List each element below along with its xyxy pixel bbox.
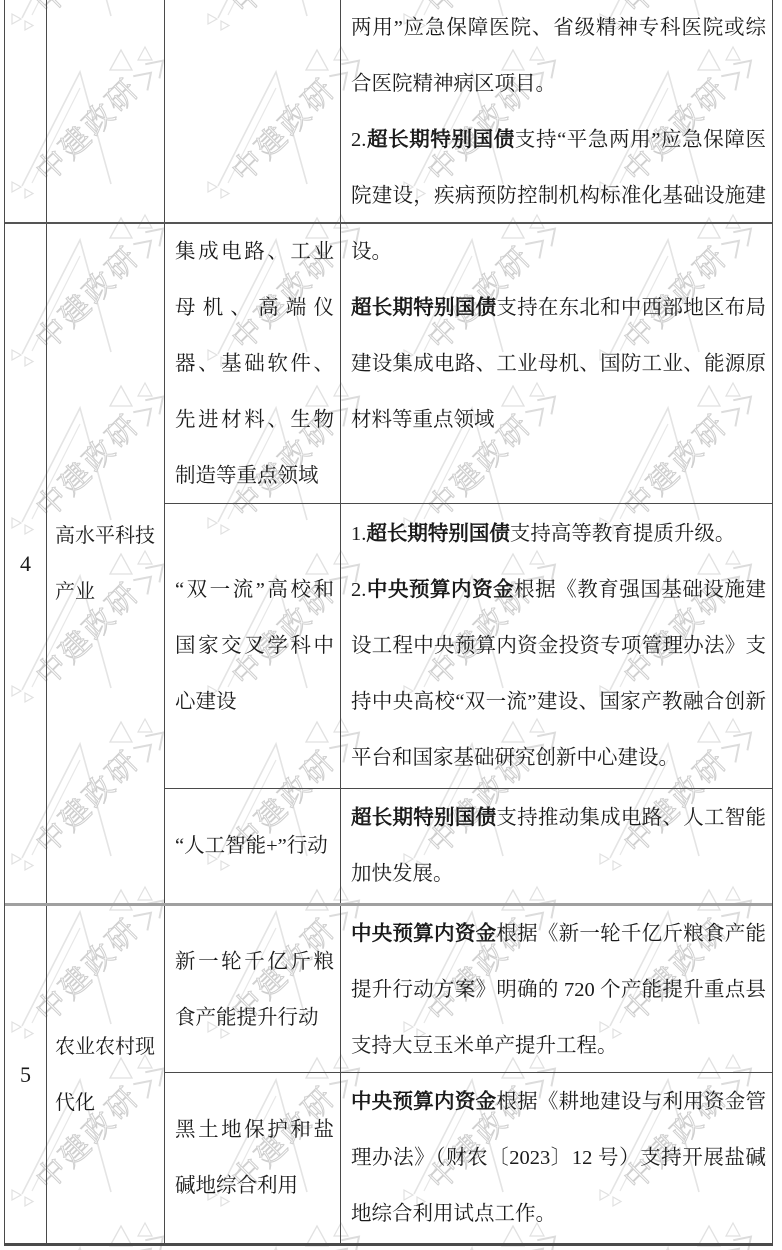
description-paragraph: 超长期特别国债支持在东北和中西部地区布局建设集成电路、工业母机、国防工业、能源原…	[351, 280, 766, 448]
category-cell: 农业农村现代化	[47, 906, 165, 1243]
subrow-group: 集成电路、工业母机、高端仪器、基础软件、先进材料、生物制造等重点领域 超长期特别…	[165, 224, 772, 903]
category-cell: 高水平科技产业	[47, 224, 165, 903]
description-paragraph: 1.超长期特别国债支持高等教育提质升级。	[351, 506, 766, 562]
table-subrow: 新一轮千亿斤粮食产能提升行动 中央预算内资金根据《新一轮千亿斤粮食产能提升行动方…	[165, 906, 772, 1072]
description-cell: 中央预算内资金根据《新一轮千亿斤粮食产能提升行动方案》明确的 720 个产能提升…	[341, 906, 772, 1074]
description-paragraph: 2.中央预算内资金根据《教育强国基础设施建设工程中央预算内资金投资专项管理办法》…	[351, 562, 766, 786]
category-cell	[47, 0, 165, 222]
description-paragraph: 两用”应急保障医院、省级精神专科医院或综合医院精神病区项目。	[351, 0, 766, 112]
table-subrow: 黑土地保护和盐碱地综合利用 中央预算内资金根据《耕地建设与利用资金管理办法》（财…	[165, 1072, 772, 1243]
item-cell: “双一流”高校和国家交叉学科中心建设	[165, 504, 341, 788]
table-subrow: 集成电路、工业母机、高端仪器、基础软件、先进材料、生物制造等重点领域 超长期特别…	[165, 224, 772, 503]
table-row: 4 高水平科技产业 集成电路、工业母机、高端仪器、基础软件、先进材料、生物制造等…	[5, 222, 772, 903]
table-row: 5 农业农村现代化 新一轮千亿斤粮食产能提升行动 中央预算内资金根据《新一轮千亿…	[5, 903, 772, 1243]
table-subrow: “双一流”高校和国家交叉学科中心建设 1.超长期特别国债支持高等教育提质升级。2…	[165, 503, 772, 788]
policy-table: 两用”应急保障医院、省级精神专科医院或综合医院精神病区项目。2.超长期特别国债支…	[4, 0, 773, 1246]
item-cell: 黑土地保护和盐碱地综合利用	[165, 1073, 341, 1243]
subrow-group: 新一轮千亿斤粮食产能提升行动 中央预算内资金根据《新一轮千亿斤粮食产能提升行动方…	[165, 906, 772, 1243]
subrow-group: 两用”应急保障医院、省级精神专科医院或综合医院精神病区项目。2.超长期特别国债支…	[165, 0, 772, 222]
description-paragraph: 中央预算内资金根据《新一轮千亿斤粮食产能提升行动方案》明确的 720 个产能提升…	[351, 906, 766, 1074]
description-cell: 1.超长期特别国债支持高等教育提质升级。2.中央预算内资金根据《教育强国基础设施…	[341, 504, 772, 788]
table-row: 两用”应急保障医院、省级精神专科医院或综合医院精神病区项目。2.超长期特别国债支…	[5, 0, 772, 222]
description-cell: 中央预算内资金根据《耕地建设与利用资金管理办法》（财农〔2023〕12 号）支持…	[341, 1073, 772, 1243]
description-cell: 超长期特别国债支持在东北和中西部地区布局建设集成电路、工业母机、国防工业、能源原…	[341, 224, 772, 504]
item-cell: 新一轮千亿斤粮食产能提升行动	[165, 906, 341, 1074]
description-cell: 超长期特别国债支持推动集成电路、人工智能加快发展。	[341, 789, 772, 903]
description-paragraph: 中央预算内资金根据《耕地建设与利用资金管理办法》（财农〔2023〕12 号）支持…	[351, 1074, 766, 1242]
row-number-cell	[5, 0, 47, 222]
item-cell: “人工智能+”行动	[165, 789, 341, 903]
row-number-cell: 4	[5, 224, 47, 903]
item-cell: 集成电路、工业母机、高端仪器、基础软件、先进材料、生物制造等重点领域	[165, 224, 341, 504]
table-subrow: 两用”应急保障医院、省级精神专科医院或综合医院精神病区项目。2.超长期特别国债支…	[165, 0, 772, 222]
table-subrow: “人工智能+”行动 超长期特别国债支持推动集成电路、人工智能加快发展。	[165, 788, 772, 903]
row-number-cell: 5	[5, 906, 47, 1243]
description-paragraph: 超长期特别国债支持推动集成电路、人工智能加快发展。	[351, 790, 766, 902]
